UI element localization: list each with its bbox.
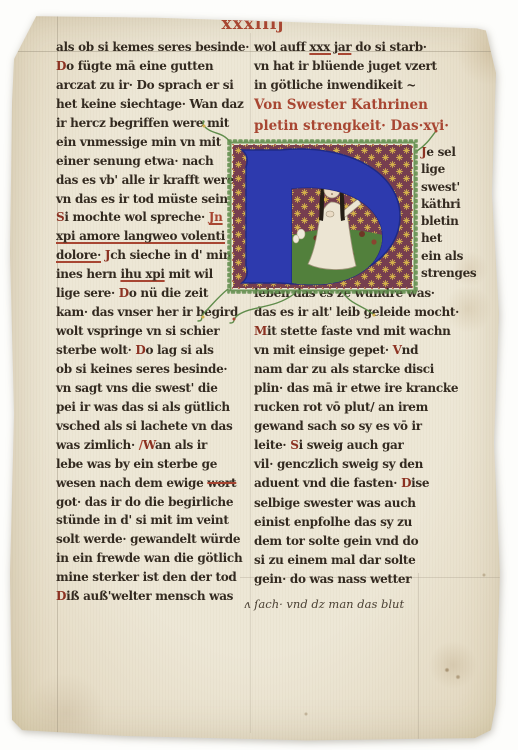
right-text-column-top: wol auff xxx jar do si starb·vn hat ir b… bbox=[254, 38, 498, 95]
text-line: vn hat ir blüende juget vzert bbox=[254, 57, 498, 76]
text-line: selbige swester was auch bbox=[254, 494, 502, 513]
text-line: vn sagt vns die swest' die bbox=[56, 379, 244, 398]
text-line: was zimlich· /Wan als ir bbox=[56, 436, 244, 455]
text-line: stünde in d' si mit im veint bbox=[56, 511, 244, 530]
initial-block bbox=[229, 141, 417, 293]
text-line: vn mit einsige gepet· Vnd bbox=[254, 341, 502, 360]
text-line: als ob si kemes seres besinde· bbox=[56, 38, 244, 57]
parchment-leaf: xxxiiij als ob si kemes seres besinde·Do… bbox=[6, 13, 509, 744]
text-line: Von Swester Kathrinen bbox=[254, 95, 498, 116]
text-line: het keine siechtage· Wan daz bbox=[56, 95, 244, 114]
text-line: pei ir was das si als gütlich bbox=[56, 398, 244, 417]
ruling-line-vertical-catchword bbox=[418, 573, 419, 741]
manuscript-photo: xxxiiij als ob si kemes seres besinde·Do… bbox=[0, 0, 518, 750]
text-line: vil· genczlich sweig sy den bbox=[254, 455, 502, 474]
text-line: dem tor solte gein vnd do bbox=[254, 532, 502, 551]
folio-number: xxxiiij bbox=[213, 14, 293, 34]
text-line: vsched als si lachete vn das bbox=[56, 417, 244, 436]
text-line: mine sterker ist den der tod bbox=[56, 568, 244, 587]
right-text-column-lower: leben das es ze wundre was·das es ir alt… bbox=[254, 284, 502, 589]
text-line: got· das ir do die begirliche bbox=[56, 493, 244, 512]
text-line: si zu einem mal dar solte bbox=[254, 551, 502, 570]
illuminated-initial bbox=[194, 121, 456, 327]
text-line: nam dar zu als starcke disci bbox=[254, 360, 502, 379]
text-line: aduent vnd die fasten· Dise bbox=[254, 474, 502, 493]
text-line: in götliche inwendikeit ~ bbox=[254, 76, 498, 95]
text-line: rucken rot vō plut/ an irem bbox=[254, 398, 502, 417]
catchword: ʌ ſach· vnd dz man das blut bbox=[244, 597, 404, 611]
text-line: in ein frewde wan die götlich bbox=[56, 549, 244, 568]
text-line: einist enpfolhe das sy zu bbox=[254, 513, 502, 532]
text-line: Diß auß'welter mensch was bbox=[56, 587, 244, 606]
text-line: wesen nach dem ewige wort bbox=[56, 474, 244, 493]
text-line: plin· das mā ir etwe ire krancke bbox=[254, 379, 502, 398]
text-line: gewand sach so sy es vō ir bbox=[254, 417, 502, 436]
text-line: solt werde· gewandelt würde bbox=[56, 530, 244, 549]
text-line: gein· do was nass wetter bbox=[254, 570, 502, 589]
text-line: ob si keines seres besinde· bbox=[56, 360, 244, 379]
text-line: arczat zu ir· Do sprach er si bbox=[56, 76, 244, 95]
text-line: wol auff xxx jar do si starb· bbox=[254, 38, 498, 57]
text-line: lebe was by ein sterbe ge bbox=[56, 455, 244, 474]
text-line: Do fügte mā eine gutten bbox=[56, 57, 244, 76]
text-line: leite· Si sweig auch gar bbox=[254, 436, 502, 455]
text-line: sterbe wolt· Do lag si als bbox=[56, 341, 244, 360]
